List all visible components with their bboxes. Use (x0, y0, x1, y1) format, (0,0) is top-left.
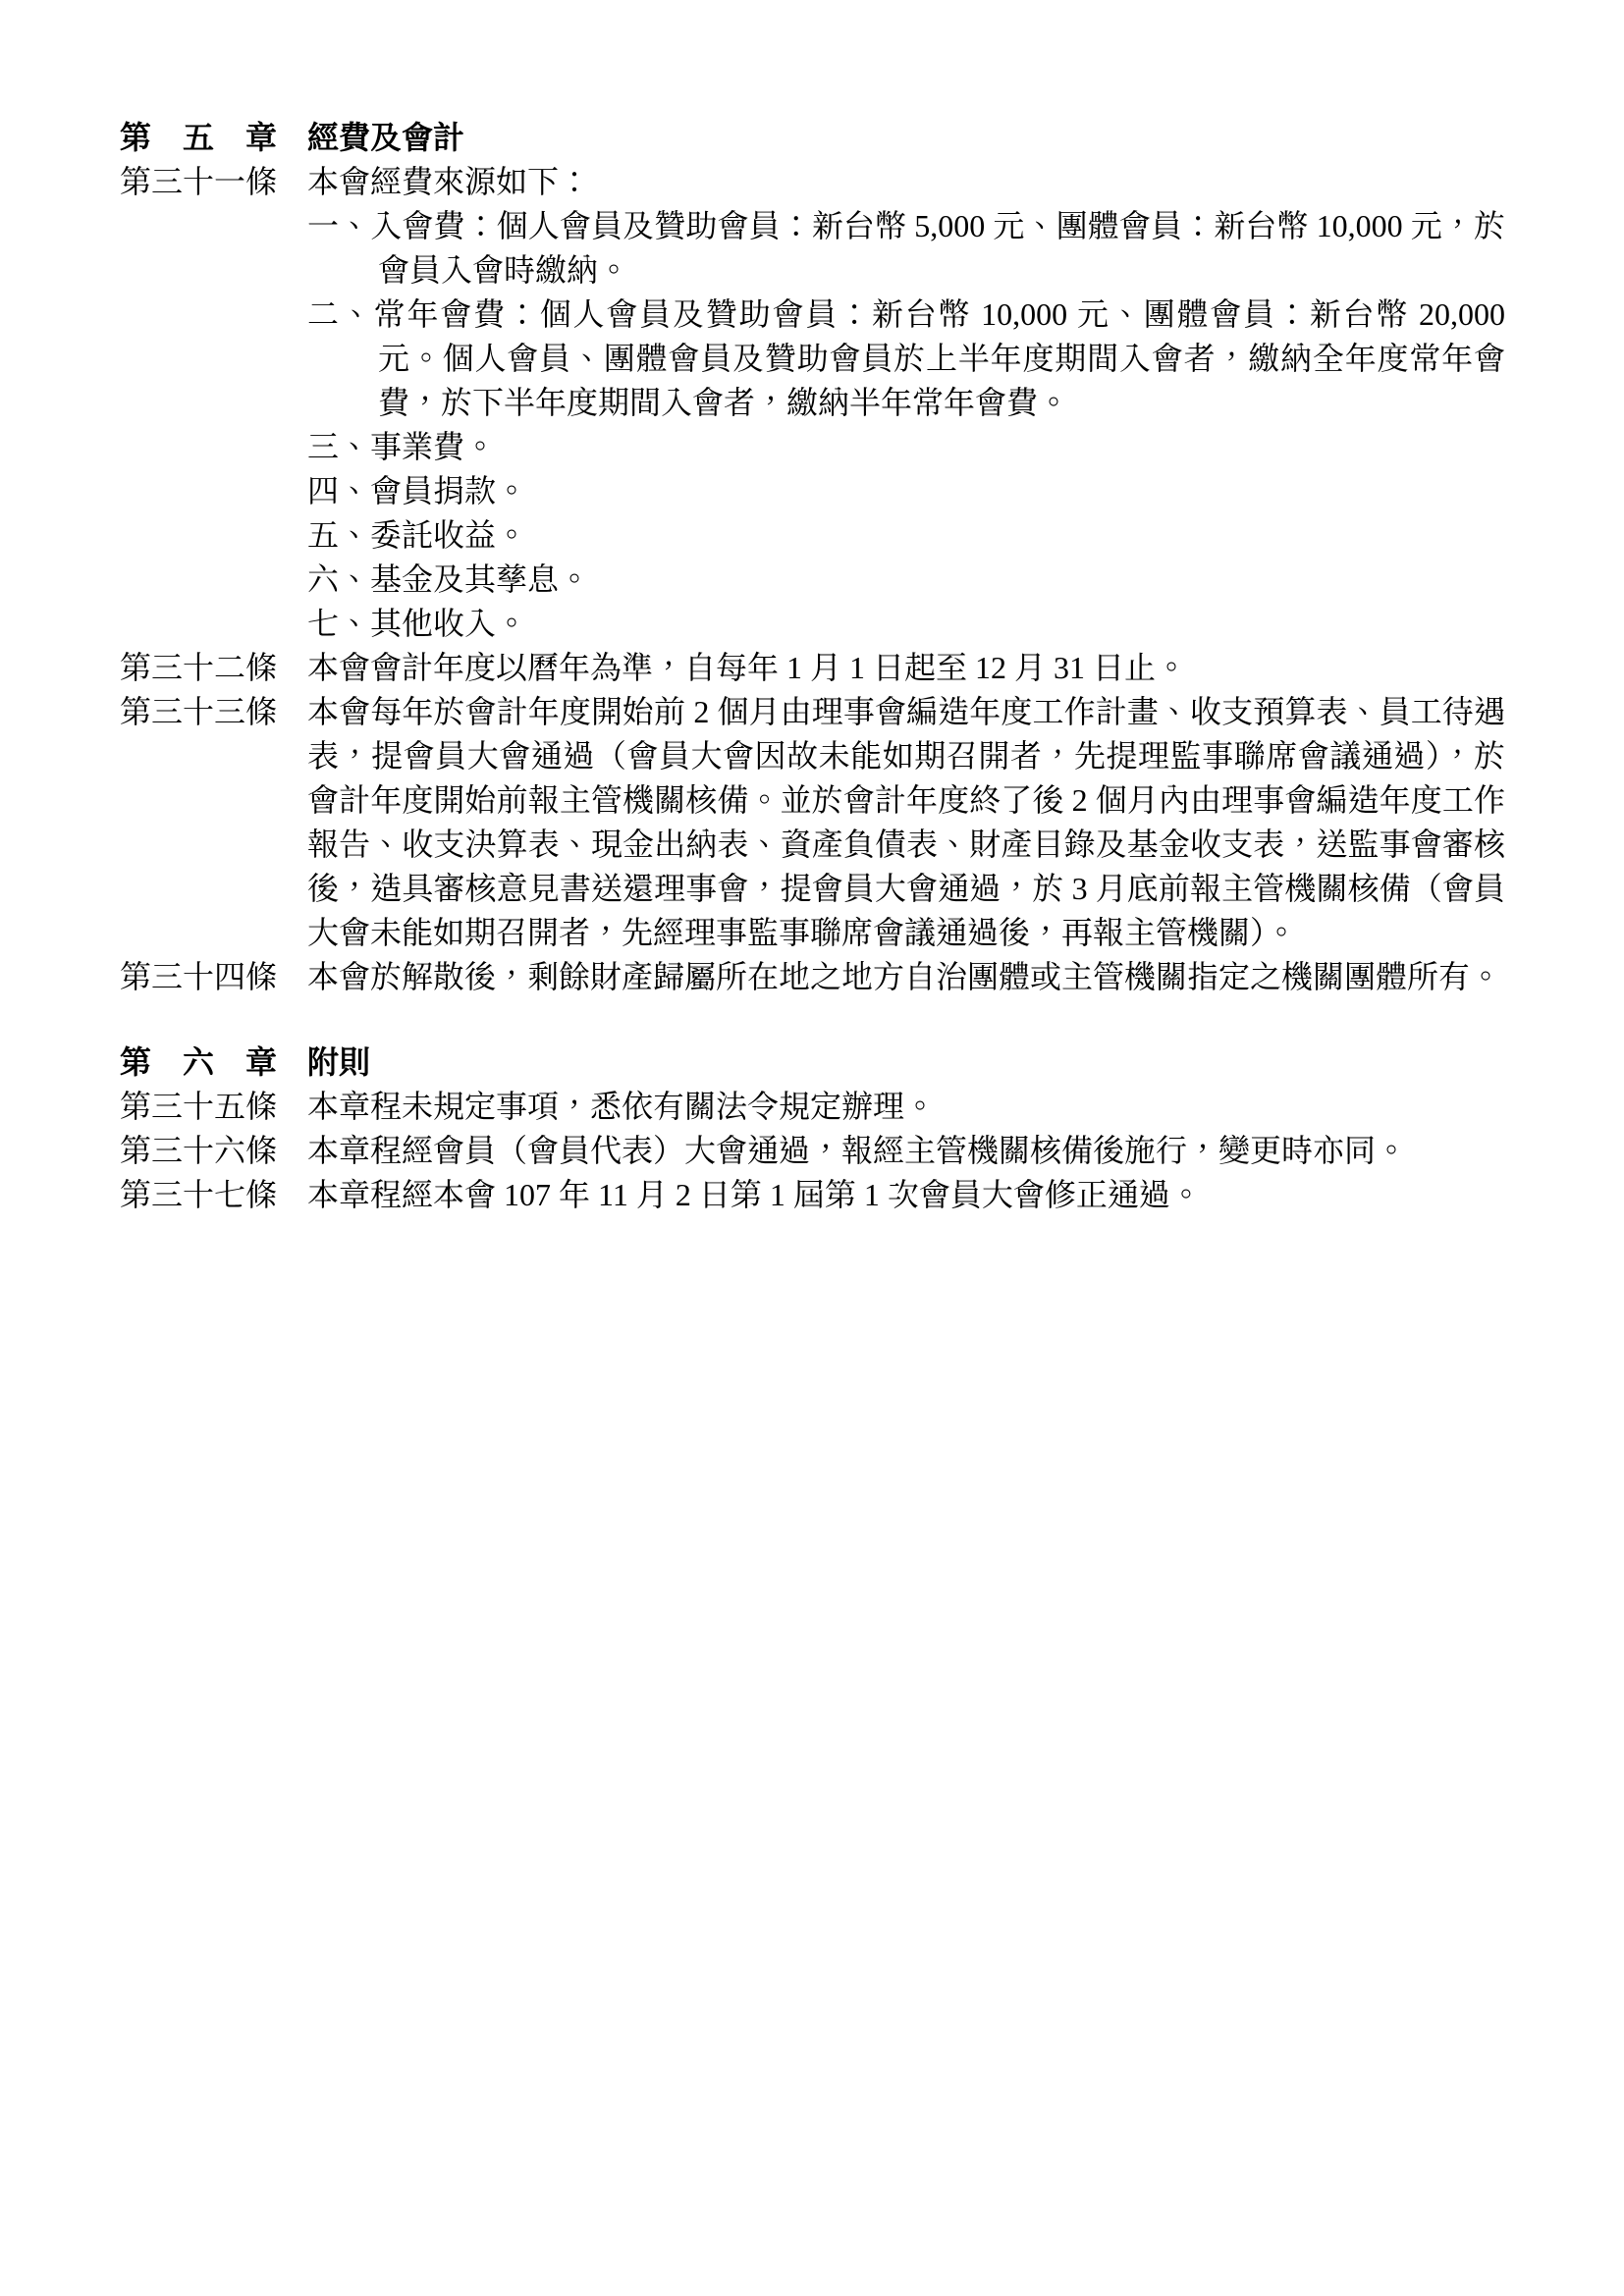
article-label: 第三十三條 (120, 690, 307, 955)
chapter-number: 第 五 章 (120, 116, 307, 160)
article-text: 本章程未規定事項，悉依有關法令規定辦理。 (307, 1085, 1505, 1129)
article-label: 第三十五條 (120, 1085, 307, 1129)
list-item: 三、事業費。 (307, 425, 1505, 469)
article-text: 本會會計年度以曆年為準，自每年 1 月 1 日起至 12 月 31 日止。 (307, 646, 1505, 690)
article-32: 第三十二條 本會會計年度以曆年為準，自每年 1 月 1 日起至 12 月 31 … (120, 646, 1505, 690)
article-text: 本章程經本會 107 年 11 月 2 日第 1 屆第 1 次會員大會修正通過。 (307, 1173, 1505, 1217)
article-33: 第三十三條 本會每年於會計年度開始前 2 個月由理事會編造年度工作計畫、收支預算… (120, 690, 1505, 955)
article-37: 第三十七條 本章程經本會 107 年 11 月 2 日第 1 屆第 1 次會員大… (120, 1173, 1505, 1217)
list-item: 六、基金及其孳息。 (307, 558, 1505, 602)
article-label: 第三十七條 (120, 1173, 307, 1217)
charter-document-page: 第 五 章 經費及會計 第三十一條 本會經費來源如下： 一、入會費：個人會員及贊… (0, 0, 1624, 2296)
article-35: 第三十五條 本章程未規定事項，悉依有關法令規定辦理。 (120, 1085, 1505, 1129)
article-text: 本章程經會員（會員代表）大會通過，報經主管機關核備後施行，變更時亦同。 (307, 1129, 1505, 1173)
list-item: 一、入會費：個人會員及贊助會員：新台幣 5,000 元、團體會員：新台幣 10,… (307, 204, 1505, 293)
chapter-5-section: 第 五 章 經費及會計 第三十一條 本會經費來源如下： 一、入會費：個人會員及贊… (120, 116, 1505, 999)
list-item: 四、會員捐款。 (307, 469, 1505, 513)
article-label: 第三十六條 (120, 1129, 307, 1173)
article-label: 第三十二條 (120, 646, 307, 690)
chapter-title: 附則 (307, 1041, 1505, 1085)
chapter-title: 經費及會計 (307, 116, 1505, 160)
article-31: 第三十一條 本會經費來源如下： 一、入會費：個人會員及贊助會員：新台幣 5,00… (120, 160, 1505, 646)
article-label: 第三十一條 (120, 160, 307, 646)
article-36: 第三十六條 本章程經會員（會員代表）大會通過，報經主管機關核備後施行，變更時亦同… (120, 1129, 1505, 1173)
chapter-5-heading: 第 五 章 經費及會計 (120, 116, 1505, 160)
list-item: 二、常年會費：個人會員及贊助會員：新台幣 10,000 元、團體會員：新台幣 2… (307, 293, 1505, 425)
list-item: 七、其他收入。 (307, 602, 1505, 646)
article-label: 第三十四條 (120, 955, 307, 999)
article-34: 第三十四條 本會於解散後，剩餘財產歸屬所在地之地方自治團體或主管機關指定之機關團… (120, 955, 1505, 999)
article-text: 本會於解散後，剩餘財產歸屬所在地之地方自治團體或主管機關指定之機關團體所有。 (307, 955, 1505, 999)
article-text: 本會每年於會計年度開始前 2 個月由理事會編造年度工作計畫、收支預算表、員工待遇… (307, 690, 1505, 955)
chapter-6-section: 第 六 章 附則 第三十五條 本章程未規定事項，悉依有關法令規定辦理。 第三十六… (120, 1041, 1505, 1217)
list-item: 五、委託收益。 (307, 513, 1505, 558)
article-text: 本會經費來源如下： (307, 160, 1505, 204)
chapter-6-heading: 第 六 章 附則 (120, 1041, 1505, 1085)
chapter-number: 第 六 章 (120, 1041, 307, 1085)
